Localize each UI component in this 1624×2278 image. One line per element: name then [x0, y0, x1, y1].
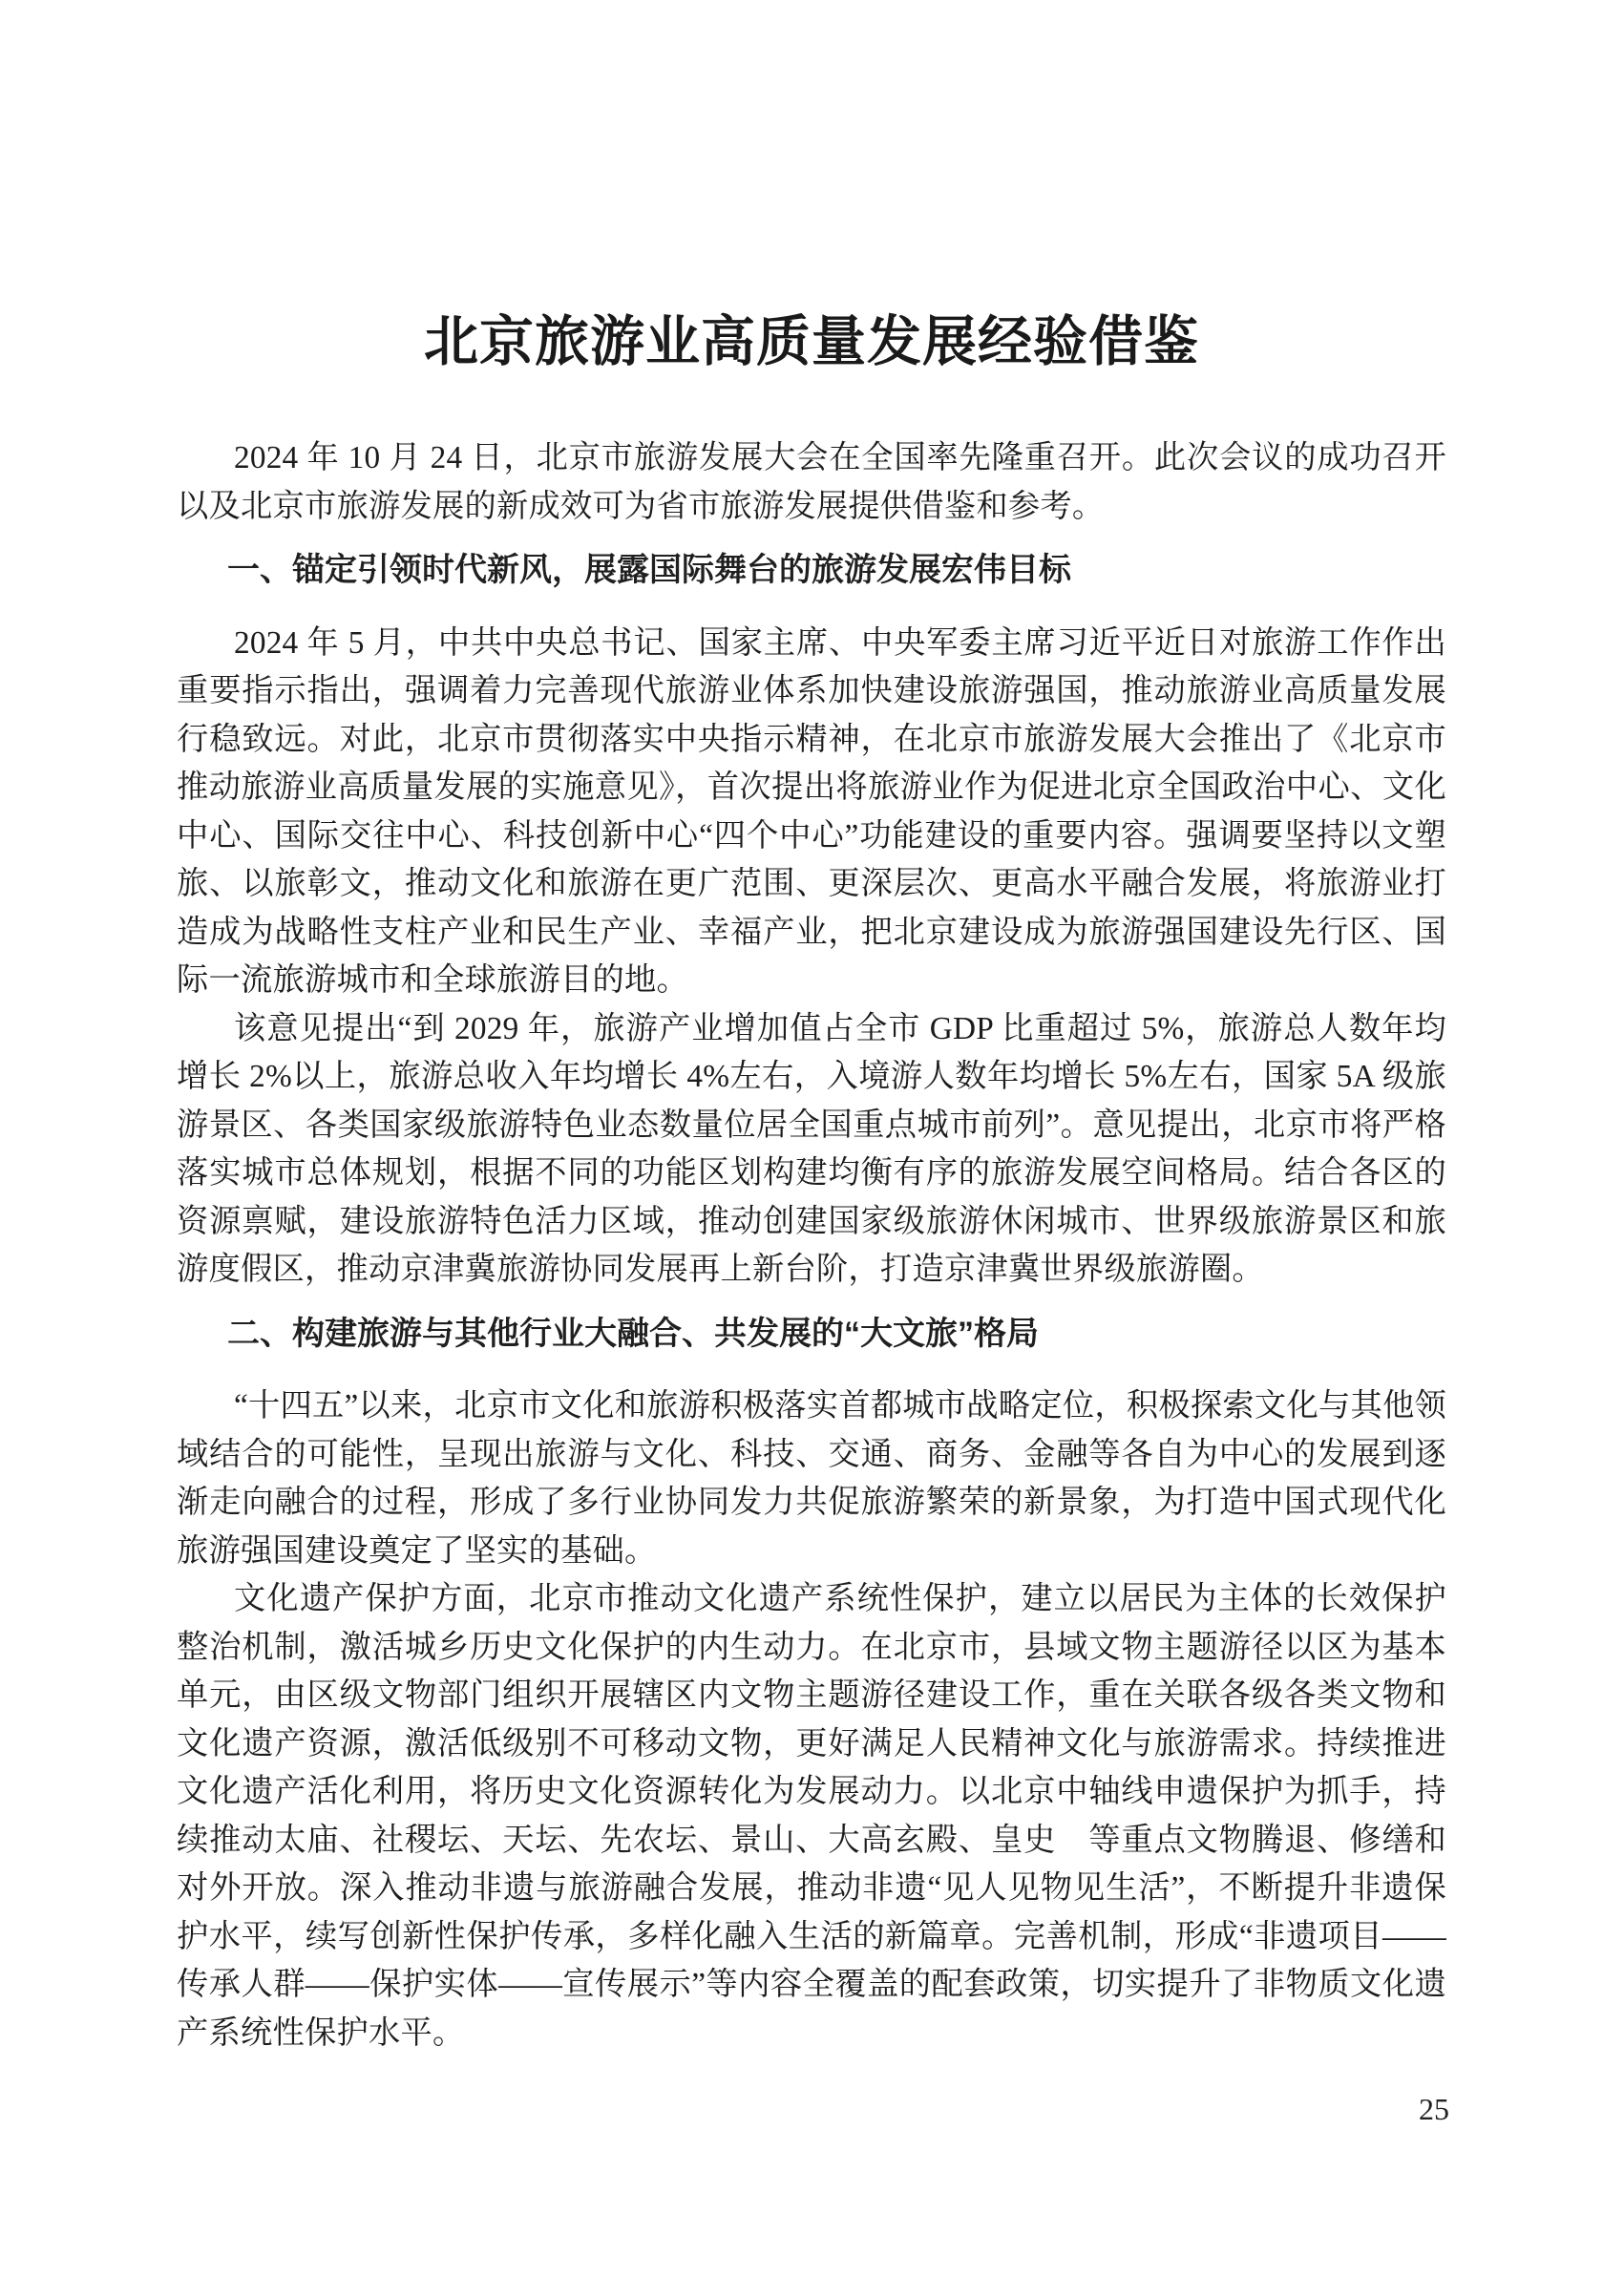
section-1-paragraph-1: 2024 年 5 月，中共中央总书记、国家主席、中央军委主席习近平近日对旅游工作…: [177, 620, 1446, 1005]
section-2-paragraph-2: 文化遗产保护方面，北京市推动文化遗产系统性保护，建立以居民为主体的长效保护整治机…: [177, 1575, 1446, 2057]
intro-paragraph: 2024 年 10 月 24 日，北京市旅游发展大会在全国率先隆重召开。此次会议…: [177, 434, 1446, 531]
document-content: 北京旅游业高质量发展经验借鉴 2024 年 10 月 24 日，北京市旅游发展大…: [177, 0, 1446, 2057]
section-2-paragraph-1: “十四五”以来，北京市文化和旅游积极落实首都城市战略定位，积极探索文化与其他领域…: [177, 1382, 1446, 1575]
document-title: 北京旅游业高质量发展经验借鉴: [177, 315, 1446, 369]
document-page: 北京旅游业高质量发展经验借鉴 2024 年 10 月 24 日，北京市旅游发展大…: [0, 0, 1624, 2278]
section-1-heading: 一、锚定引领时代新风，展露国际舞台的旅游发展宏伟目标: [177, 546, 1446, 595]
section-2-heading: 二、构建旅游与其他行业大融合、共发展的“大文旅”格局: [177, 1310, 1446, 1359]
page-number: 25: [1419, 2090, 1449, 2128]
section-1-paragraph-2: 该意见提出“到 2029 年，旅游产业增加值占全市 GDP 比重超过 5%，旅游…: [177, 1005, 1446, 1295]
